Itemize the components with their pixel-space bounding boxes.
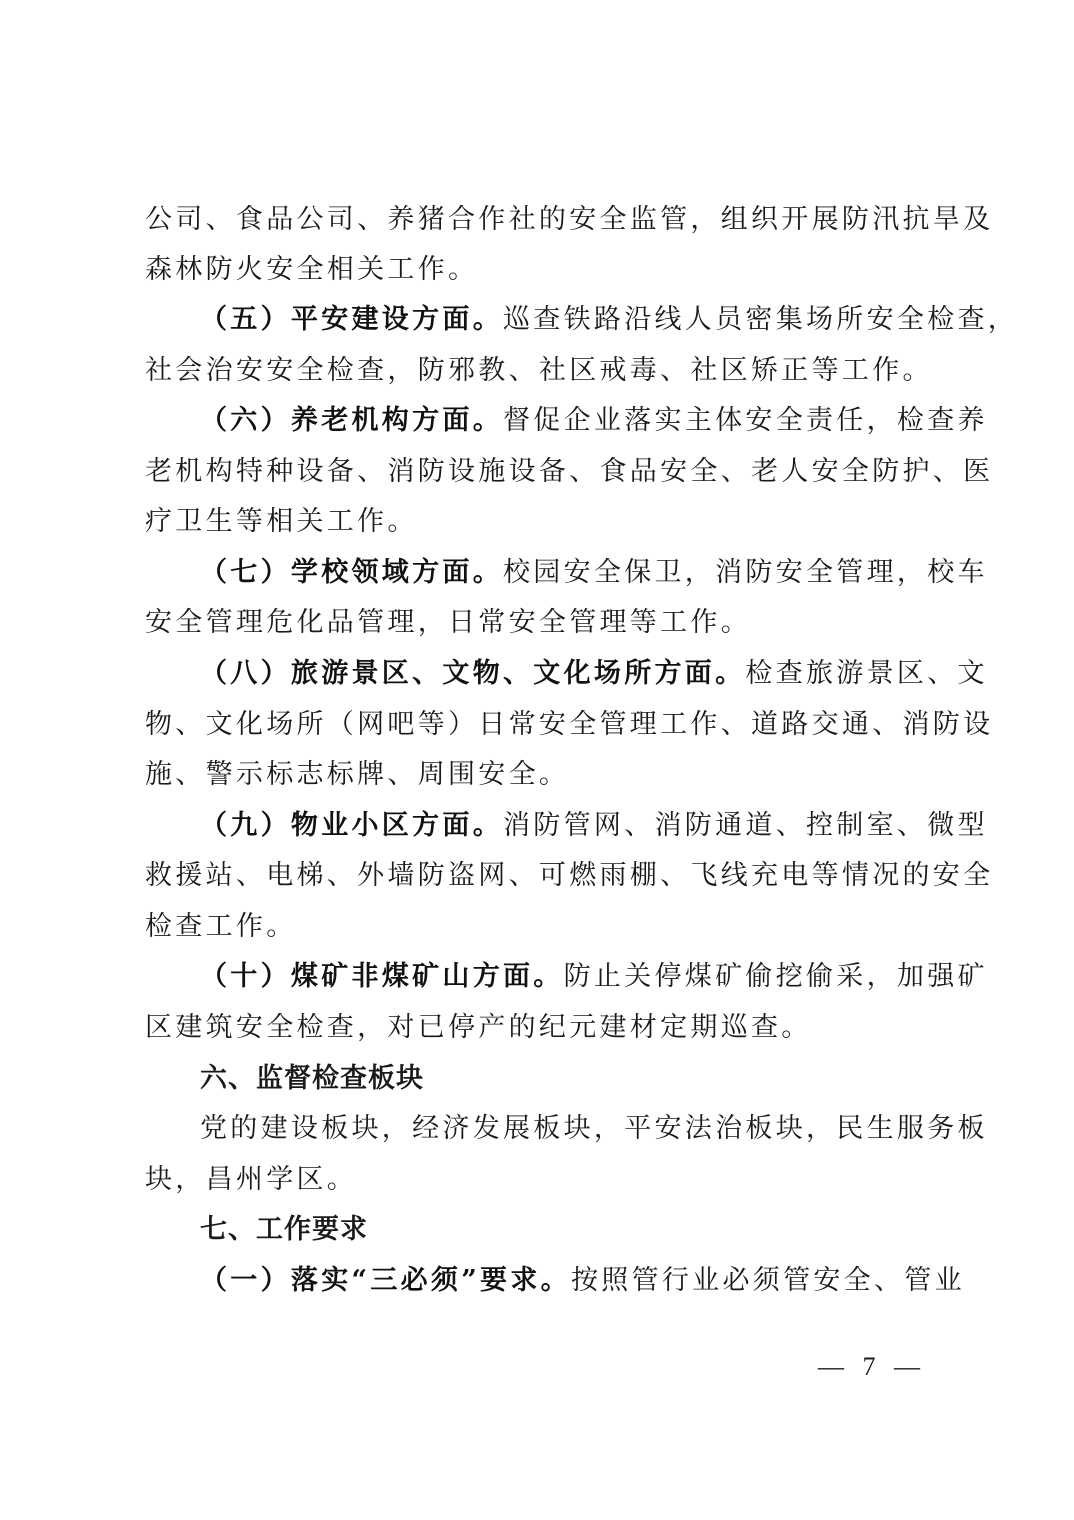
item-9-first-line: （九）物业小区方面。消防管网、消防通道、控制室、微型 xyxy=(200,808,945,844)
paragraph-line: 公司、食品公司、养猪合作社的安全监管，组织开展防汛抗旱及 xyxy=(145,202,945,238)
paragraph-line: 党的建设板块，经济发展板块，平安法治板块，民生服务板 xyxy=(200,1111,945,1147)
item-7-title: （七）学校领域方面。 xyxy=(200,557,503,588)
item-6-body: 督促企业落实主体安全责任，检查养 xyxy=(503,405,988,436)
paragraph-line: 疗卫生等相关工作。 xyxy=(145,504,945,540)
document-page: 公司、食品公司、养猪合作社的安全监管，组织开展防汛抗旱及 森林防火安全相关工作。… xyxy=(0,0,1074,1520)
paragraph-line: 社会治安安全检查，防邪教、社区戒毒、社区矫正等工作。 xyxy=(145,353,945,389)
requirement-1-first-line: （一）落实“三必须”要求。按照管行业必须管安全、管业 xyxy=(200,1263,945,1299)
item-10-title: （十）煤矿非煤矿山方面。 xyxy=(200,961,564,992)
item-10-body: 防止关停煤矿偷挖偷采，加强矿 xyxy=(564,961,988,992)
item-9-body: 消防管网、消防通道、控制室、微型 xyxy=(503,810,988,841)
paragraph-line: 物、文化场所（网吧等）日常安全管理工作、道路交通、消防设 xyxy=(145,707,945,743)
item-8-first-line: （八）旅游景区、文物、文化场所方面。检查旅游景区、文 xyxy=(200,656,945,692)
page-number: — 7 — xyxy=(818,1352,926,1382)
item-7-first-line: （七）学校领域方面。校园安全保卫，消防安全管理，校车 xyxy=(200,555,945,591)
item-8-body: 检查旅游景区、文 xyxy=(745,658,987,689)
paragraph-line: 施、警示标志标牌、周围安全。 xyxy=(145,757,945,793)
item-6-first-line: （六）养老机构方面。督促企业落实主体安全责任，检查养 xyxy=(200,403,945,439)
item-5-body: 巡查铁路沿线人员密集场所安全检查， xyxy=(503,304,1018,335)
paragraph-line: 老机构特种设备、消防设施设备、食品安全、老人安全防护、医 xyxy=(145,454,945,490)
paragraph-line: 森林防火安全相关工作。 xyxy=(145,252,945,288)
section-heading-7: 七、工作要求 xyxy=(200,1212,945,1248)
item-5-title: （五）平安建设方面。 xyxy=(200,304,503,335)
item-7-body: 校园安全保卫，消防安全管理，校车 xyxy=(503,557,988,588)
section-heading-6: 六、监督检查板块 xyxy=(200,1061,945,1097)
requirement-1-title: （一）落实“三必须”要求。 xyxy=(200,1265,571,1296)
item-8-title: （八）旅游景区、文物、文化场所方面。 xyxy=(200,658,745,689)
item-6-title: （六）养老机构方面。 xyxy=(200,405,503,436)
item-9-title: （九）物业小区方面。 xyxy=(200,810,503,841)
paragraph-line: 救援站、电梯、外墙防盗网、可燃雨棚、飞线充电等情况的安全 xyxy=(145,858,945,894)
paragraph-line: 块，昌州学区。 xyxy=(145,1162,945,1198)
item-5-first-line: （五）平安建设方面。巡查铁路沿线人员密集场所安全检查， xyxy=(200,302,945,338)
paragraph-line: 检查工作。 xyxy=(145,909,945,945)
paragraph-line: 安全管理危化品管理，日常安全管理等工作。 xyxy=(145,605,945,641)
paragraph-line: 区建筑安全检查，对已停产的纪元建材定期巡查。 xyxy=(145,1010,945,1046)
requirement-1-body: 按照管行业必须管安全、管业 xyxy=(571,1265,965,1296)
item-10-first-line: （十）煤矿非煤矿山方面。防止关停煤矿偷挖偷采，加强矿 xyxy=(200,959,945,995)
